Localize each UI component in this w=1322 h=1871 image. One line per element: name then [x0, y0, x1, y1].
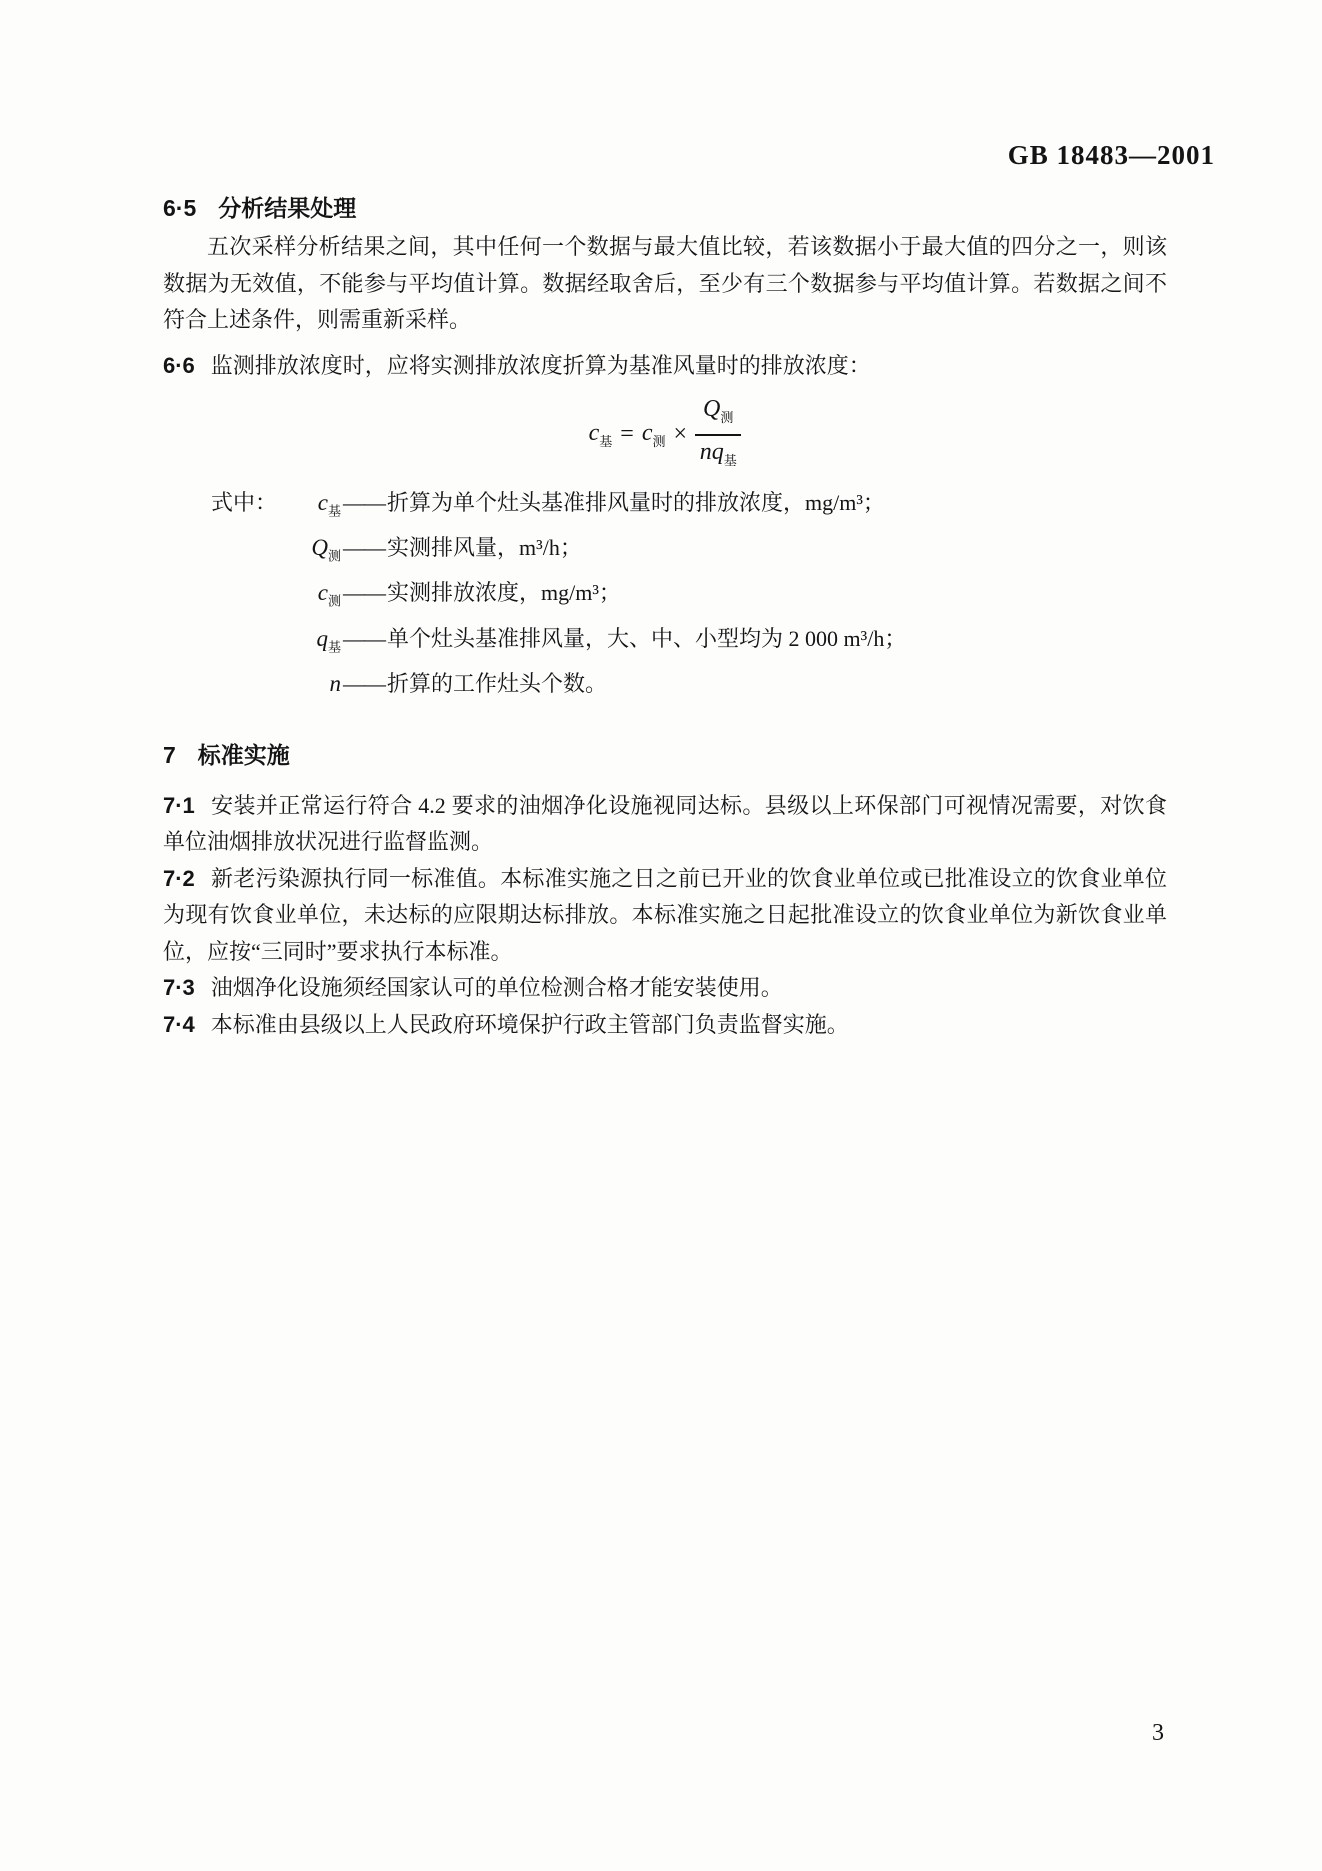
symbol-c-measured: c测 [283, 574, 341, 619]
document-page: GB 18483—2001 6·5 分析结果处理 五次采样分析结果之间，其中任何… [0, 0, 1322, 1871]
definition-dash: —— [343, 620, 385, 657]
formula-lhs-subscript: 基 [599, 434, 612, 449]
definition-description: 折算的工作灶头个数。 [387, 665, 1167, 702]
definition-description: 单个灶头基准排风量，大、中、小型均为 2 000 m³/h； [387, 620, 1167, 657]
page-content: 6·5 分析结果处理 五次采样分析结果之间，其中任何一个数据与最大值比较，若该数… [163, 190, 1167, 1043]
section-7-1-number: 7·1 [163, 793, 195, 818]
multiplication-sign: × [673, 421, 687, 448]
symbol-text: c [318, 490, 328, 515]
symbol-subscript: 基 [328, 639, 341, 654]
formula-measured-symbol: c [642, 420, 653, 446]
definition-row: c测 —— 实测排放浓度，mg/m³； [163, 574, 1167, 619]
numerator-subscript: 测 [720, 410, 733, 425]
section-7-3-paragraph: 7·3油烟净化设施须经国家认可的单位检测合格才能安装使用。 [163, 970, 1167, 1007]
definition-row: Q测 —— 实测排风量，m³/h； [163, 529, 1167, 574]
section-7-4-paragraph: 7·4本标准由县级以上人民政府环境保护行政主管部门负责监督实施。 [163, 1007, 1167, 1044]
definition-row: q基 —— 单个灶头基准排风量，大、中、小型均为 2 000 m³/h； [163, 620, 1167, 665]
formula-lhs: c基 [589, 420, 613, 450]
section-7-4-number: 7·4 [163, 1012, 195, 1037]
formula-measured-term: c测 [642, 420, 666, 450]
denominator-subscript: 基 [724, 453, 737, 468]
symbol-subscript: 基 [328, 503, 341, 518]
symbol-text: c [318, 580, 328, 605]
symbol-subscript: 测 [328, 548, 341, 563]
definition-dash: —— [343, 665, 385, 702]
section-6-5-paragraph: 五次采样分析结果之间，其中任何一个数据与最大值比较，若该数据小于最大值的四分之一… [163, 229, 1167, 339]
definition-row: n —— 折算的工作灶头个数。 [163, 665, 1167, 710]
definition-description: 折算为单个灶头基准排风量时的排放浓度，mg/m³； [387, 484, 1167, 521]
section-7-heading: 7 标准实施 [163, 737, 1167, 770]
symbol-text: q [316, 626, 328, 651]
symbol-subscript: 测 [328, 594, 341, 609]
section-7-2-text: 新老污染源执行同一标准值。本标准实施之日之前已开业的饮食业单位或已批准设立的饮食… [163, 866, 1167, 964]
section-6-5-title: 分析结果处理 [218, 190, 356, 223]
standard-number-header: GB 18483—2001 [1008, 140, 1215, 171]
section-7-number: 7 [163, 742, 176, 769]
formula-lhs-symbol: c [589, 420, 600, 446]
numerator-symbol: Q [703, 396, 720, 422]
section-6-6-number: 6·6 [163, 353, 195, 378]
symbol-text: n [330, 671, 342, 696]
symbol-text: Q [311, 535, 328, 560]
equals-sign: = [620, 421, 634, 448]
section-6-5-number: 6·5 [163, 195, 196, 222]
section-7-1-paragraph: 7·1安装并正常运行符合 4.2 要求的油烟净化设施视同达标。县级以上环保部门可… [163, 788, 1167, 861]
symbol-q-base: q基 [283, 620, 341, 665]
section-7-3-number: 7·3 [163, 975, 195, 1000]
section-6-6-text: 监测排放浓度时，应将实测排放浓度折算为基准风量时的排放浓度： [211, 353, 871, 378]
definition-dash: —— [343, 574, 385, 611]
formula-fraction: Q测 nq基 [695, 396, 741, 474]
section-7-2-paragraph: 7·2新老污染源执行同一标准值。本标准实施之日之前已开业的饮食业单位或已批准设立… [163, 861, 1167, 971]
section-6-5-heading: 6·5 分析结果处理 [163, 190, 1167, 223]
where-label: 式中： [211, 484, 283, 521]
definition-description: 实测排风量，m³/h； [387, 529, 1167, 566]
section-7-title: 标准实施 [198, 737, 290, 770]
denominator-symbol: nq [700, 439, 724, 465]
symbol-n: n [283, 665, 341, 710]
page-number: 3 [1152, 1720, 1164, 1747]
definition-description: 实测排放浓度，mg/m³； [387, 574, 1167, 611]
section-7-2-number: 7·2 [163, 866, 195, 891]
fraction-denominator: nq基 [695, 436, 741, 474]
symbol-c-base: c基 [283, 484, 341, 529]
section-7-4-text: 本标准由县级以上人民政府环境保护行政主管部门负责监督实施。 [211, 1012, 849, 1037]
formula-measured-subscript: 测 [652, 434, 665, 449]
symbol-q-measured: Q测 [283, 529, 341, 574]
definition-dash: —— [343, 529, 385, 566]
fraction-numerator: Q测 [695, 396, 741, 436]
base-concentration-formula: c基 = c测 × Q测 nq基 [163, 396, 1167, 474]
section-7-1-text: 安装并正常运行符合 4.2 要求的油烟净化设施视同达标。县级以上环保部门可视情况… [163, 793, 1167, 855]
section-7-3-text: 油烟净化设施须经国家认可的单位检测合格才能安装使用。 [211, 975, 783, 1000]
section-6-6-paragraph: 6·6监测排放浓度时，应将实测排放浓度折算为基准风量时的排放浓度： [163, 348, 1167, 385]
formula-definitions: 式中： c基 —— 折算为单个灶头基准排风量时的排放浓度，mg/m³； Q测 —… [163, 484, 1167, 711]
definition-dash: —— [343, 484, 385, 521]
definition-row: 式中： c基 —— 折算为单个灶头基准排风量时的排放浓度，mg/m³； [163, 484, 1167, 529]
